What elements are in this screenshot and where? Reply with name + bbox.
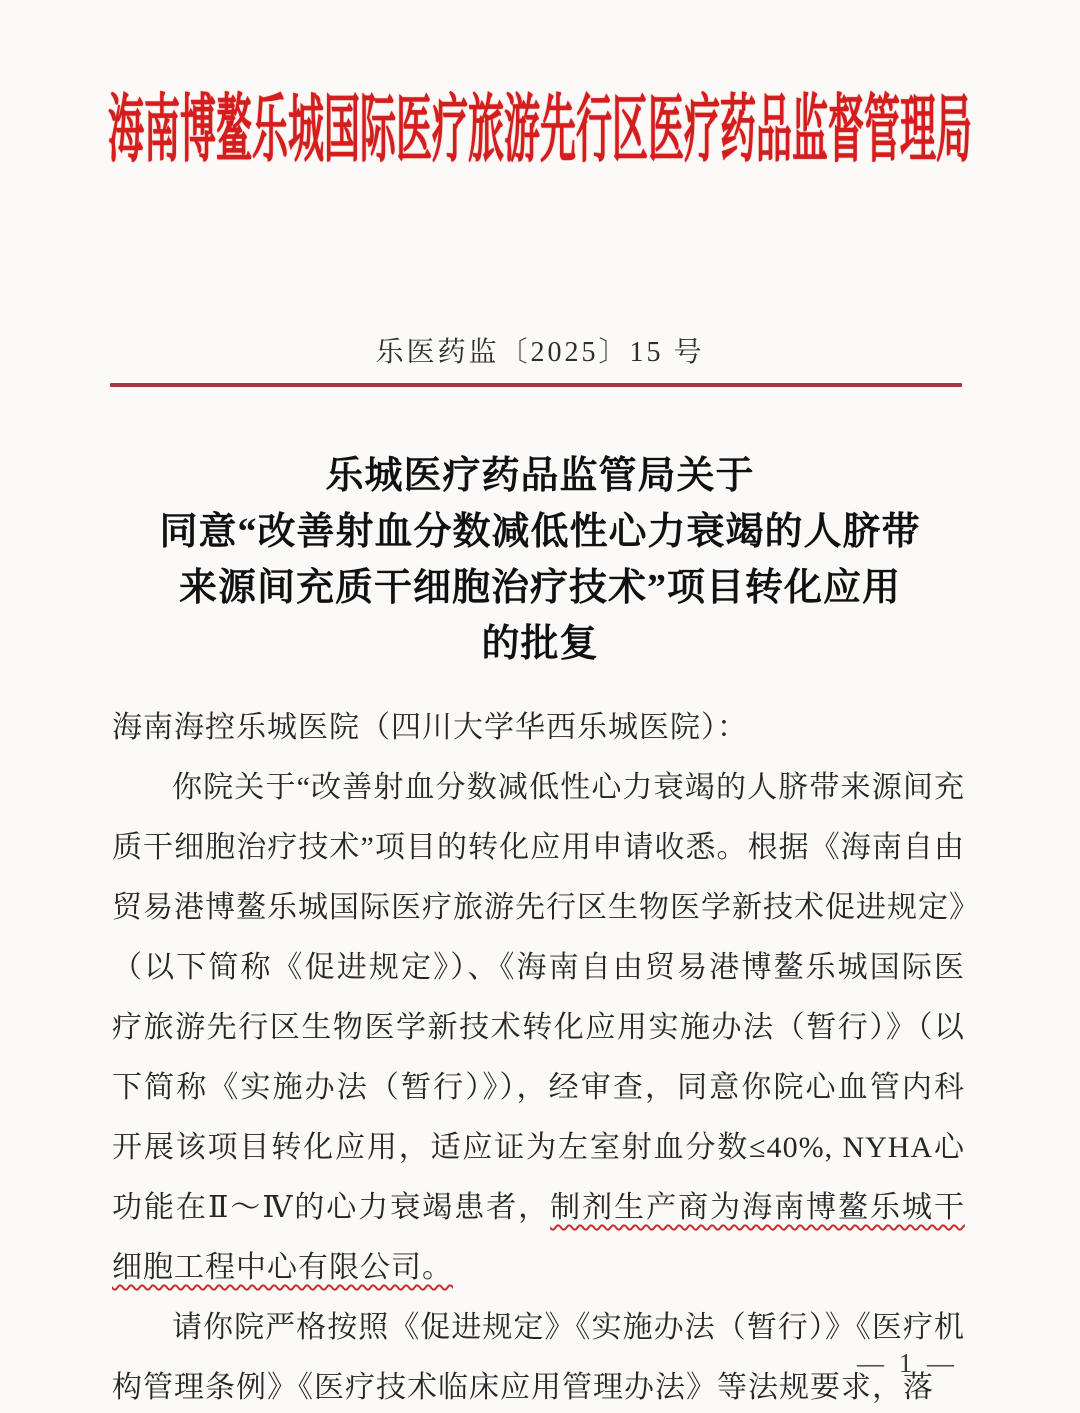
document-number: 乐医药监〔2025〕15 号 [0,330,1080,370]
agency-header-title: 海南博鳌乐城国际医疗旅游先行区医疗药品监督管理局 [0,85,1080,270]
document-title-line-2: 同意“改善射血分数减低性心力衰竭的人脐带 [90,504,990,560]
paragraph-1-text: 你院关于“改善射血分数减低性心力衰竭的人脐带来源间充质干细胞治疗技术”项目的转化… [112,771,965,1224]
red-separator-line [110,383,962,387]
document-title: 乐城医疗药品监管局关于 同意“改善射血分数减低性心力衰竭的人脐带 来源间充质干细… [90,448,990,672]
document-title-line-4: 的批复 [90,616,990,672]
document-title-line-3: 来源间充质干细胞治疗技术”项目转化应用 [90,560,990,616]
page-number: — 1 — [857,1348,958,1379]
body-paragraph-2: 请你院严格按照《促进规定》《实施办法（暂行）》《医疗机构管理条例》《医疗技术临床… [112,1298,965,1413]
document-page: 海南博鳌乐城国际医疗旅游先行区医疗药品监督管理局 乐医药监〔2025〕15 号 … [0,0,1080,1413]
addressee-line: 海南海控乐城医院（四川大学华西乐城医院）： [112,698,965,758]
document-body: 海南海控乐城医院（四川大学华西乐城医院）： 你院关于“改善射血分数减低性心力衰竭… [112,698,965,1413]
body-paragraph-1: 你院关于“改善射血分数减低性心力衰竭的人脐带来源间充质干细胞治疗技术”项目的转化… [112,758,965,1298]
document-title-line-1: 乐城医疗药品监管局关于 [90,448,990,504]
